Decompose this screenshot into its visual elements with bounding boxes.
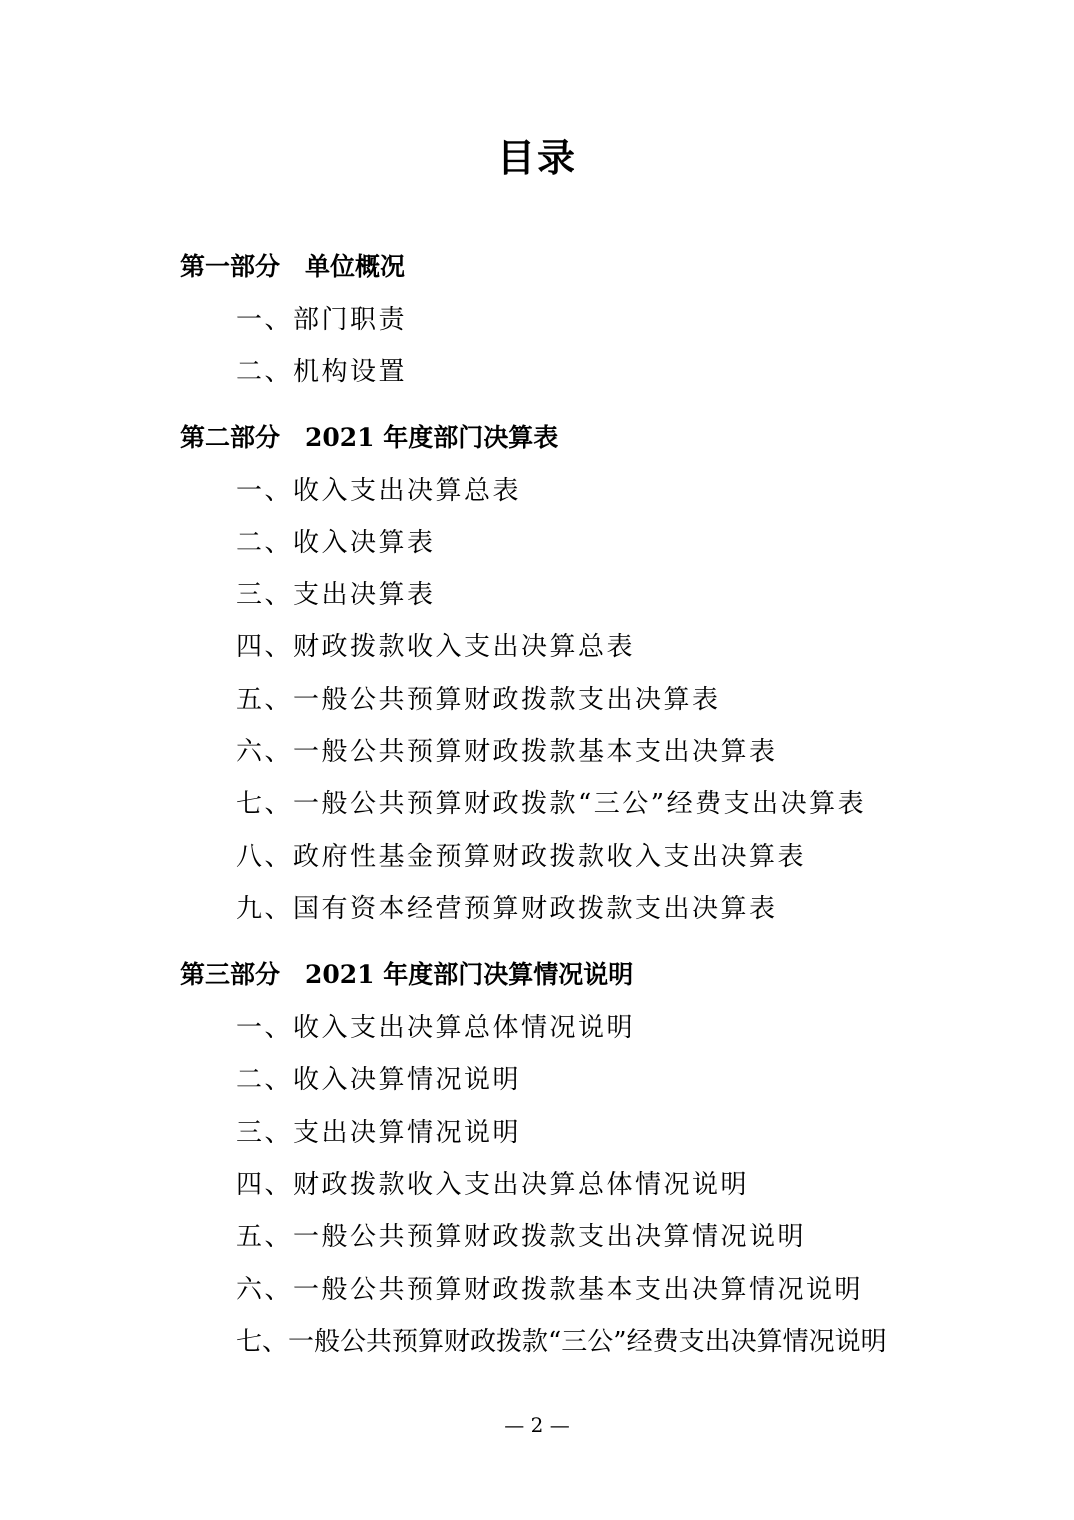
section-heading-part-1: 第一部分 单位概况	[180, 250, 405, 284]
toc-item: 三、支出决算情况说明	[236, 1116, 521, 1150]
toc-item: 九、国有资本经营预算财政拨款支出决算表	[236, 892, 778, 926]
toc-item: 六、一般公共预算财政拨款基本支出决算情况说明	[236, 1273, 863, 1307]
toc-item: 六、一般公共预算财政拨款基本支出决算表	[236, 735, 778, 769]
toc-item: 二、收入决算情况说明	[236, 1063, 521, 1097]
toc-item: 一、收入支出决算总体情况说明	[236, 1011, 635, 1045]
toc-item: 五、一般公共预算财政拨款支出决算情况说明	[236, 1220, 806, 1254]
page-title: 目录	[0, 132, 1074, 184]
toc-item: 八、政府性基金预算财政拨款收入支出决算表	[236, 840, 806, 874]
section-heading-part-3: 第三部分 2021 年度部门决算情况说明	[180, 958, 633, 992]
section-heading-part-2: 第二部分 2021 年度部门决算表	[180, 421, 558, 455]
toc-item: 七、一般公共预算财政拨款“三公”经费支出决算表	[236, 787, 866, 821]
toc-item: 二、机构设置	[236, 355, 407, 389]
toc-item: 二、收入决算表	[236, 526, 436, 560]
toc-item: 一、收入支出决算总表	[236, 474, 521, 508]
toc-item: 七、一般公共预算财政拨款“三公”经费支出决算情况说明	[236, 1325, 887, 1359]
toc-item: 四、财政拨款收入支出决算总表	[236, 630, 635, 664]
page-number: — 2 —	[0, 1412, 1074, 1438]
toc-item: 三、支出决算表	[236, 578, 436, 612]
toc-item: 一、部门职责	[236, 303, 407, 337]
toc-item: 五、一般公共预算财政拨款支出决算表	[236, 683, 721, 717]
toc-item: 四、财政拨款收入支出决算总体情况说明	[236, 1168, 749, 1202]
